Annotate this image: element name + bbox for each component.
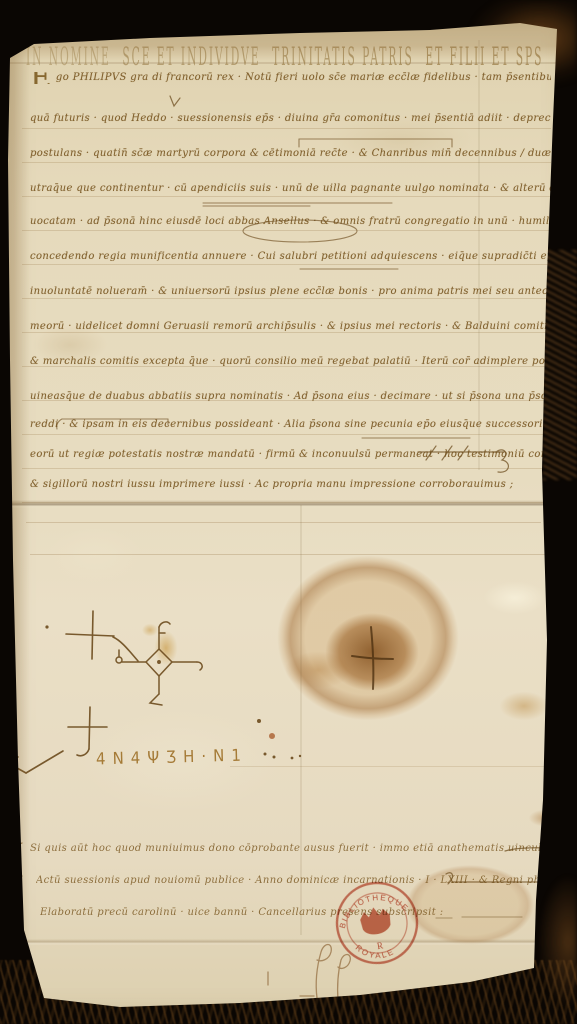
charter-text-line: meorū · uidelicet domni Geruasii remorū …: [30, 321, 551, 332]
ruling-line: [26, 522, 541, 523]
invocation-segment: ET FILII ET SPS SCI: [425, 42, 544, 72]
charter-text-line: uineasq̄ue de duabus abbatiis supra nomi…: [30, 391, 551, 402]
library-stamp: BIBLIOTHEQUE ROYALE R: [324, 870, 431, 977]
parchment-sheet: 38 IN NOMINE SCE ET INDIVIDVE TRINITATIS…: [0, 0, 577, 1024]
chancery-subscription-line: Elaboratū precū carolinū · uice bannū · …: [40, 907, 559, 918]
crease: [300, 505, 302, 935]
charter-text-line: utraq̄ue que continentur · cū apendiciis…: [30, 183, 551, 194]
crease: [20, 939, 547, 945]
charter-text-line: concedendo regia munificentia annuere · …: [30, 251, 551, 262]
line-text: go PHILIPVS gra di francorū rex · Notū f…: [56, 72, 551, 83]
invocation-segment: IN NOMINE: [26, 42, 111, 72]
charter-text-line: postulans · quatin̄ sc̄æ martyrū corpora…: [30, 148, 551, 159]
sanction-line: Si quis aūt hoc quod muniuimus dono cōpr…: [30, 843, 559, 854]
charter-text-line: inuoluntatē nolueram̄ · & uniuersorū ips…: [30, 286, 551, 297]
manuscript-photo: 38 IN NOMINE SCE ET INDIVIDVE TRINITATIS…: [0, 0, 577, 1024]
decorated-initial: E: [30, 72, 52, 84]
dating-clause-line: Actū suessionis apud nouiomū publice · A…: [36, 875, 559, 886]
charter-text-line: eorū ut regiæ potestatis nostræ mandatū …: [30, 449, 551, 460]
signature-cross-icon: [66, 611, 138, 661]
seal-stain-cross-icon: [352, 627, 393, 689]
membrane-seam: [8, 500, 567, 508]
anathema-inscription: 4N4ΨƷH·N1: [96, 745, 248, 769]
charter-text-line: & sigillorū nostri iussu imprimere iussi…: [30, 479, 551, 490]
stamp-letter: R: [376, 940, 384, 951]
charter-text-line: reddi · & ipsam in eis decernibus possid…: [30, 419, 551, 430]
folio-number: 38: [533, 8, 553, 25]
charter-text-line: uocatam · ad p̄sonā hinc eiusdē loci abb…: [30, 216, 551, 227]
ruling-line: [230, 766, 553, 767]
backdrop-fur: [543, 250, 577, 480]
ruling-line: [30, 554, 547, 555]
stamp-crown-icon: [358, 905, 392, 937]
invocation-segment: SCE ET INDIVIDVE: [122, 42, 260, 72]
charter-text-line: Ego PHILIPVS gra di francorū rex · Notū …: [30, 72, 551, 84]
signature-cross-icon: [2, 707, 107, 773]
ink-dots: [45, 625, 301, 759]
invocation-segment: TRINITATIS PATRIS: [272, 42, 414, 72]
royal-monogram-icon: [116, 622, 202, 705]
invocation-line: IN NOMINE SCE ET INDIVIDVE TRINITATIS PA…: [26, 34, 544, 72]
charter-text-line: & marchalis comitis excepta q̄ue · quorū…: [30, 356, 551, 367]
backdrop-fur: [531, 860, 577, 1024]
charter-text-line: quā futuris · quod Heddo · suessionensis…: [30, 113, 551, 124]
